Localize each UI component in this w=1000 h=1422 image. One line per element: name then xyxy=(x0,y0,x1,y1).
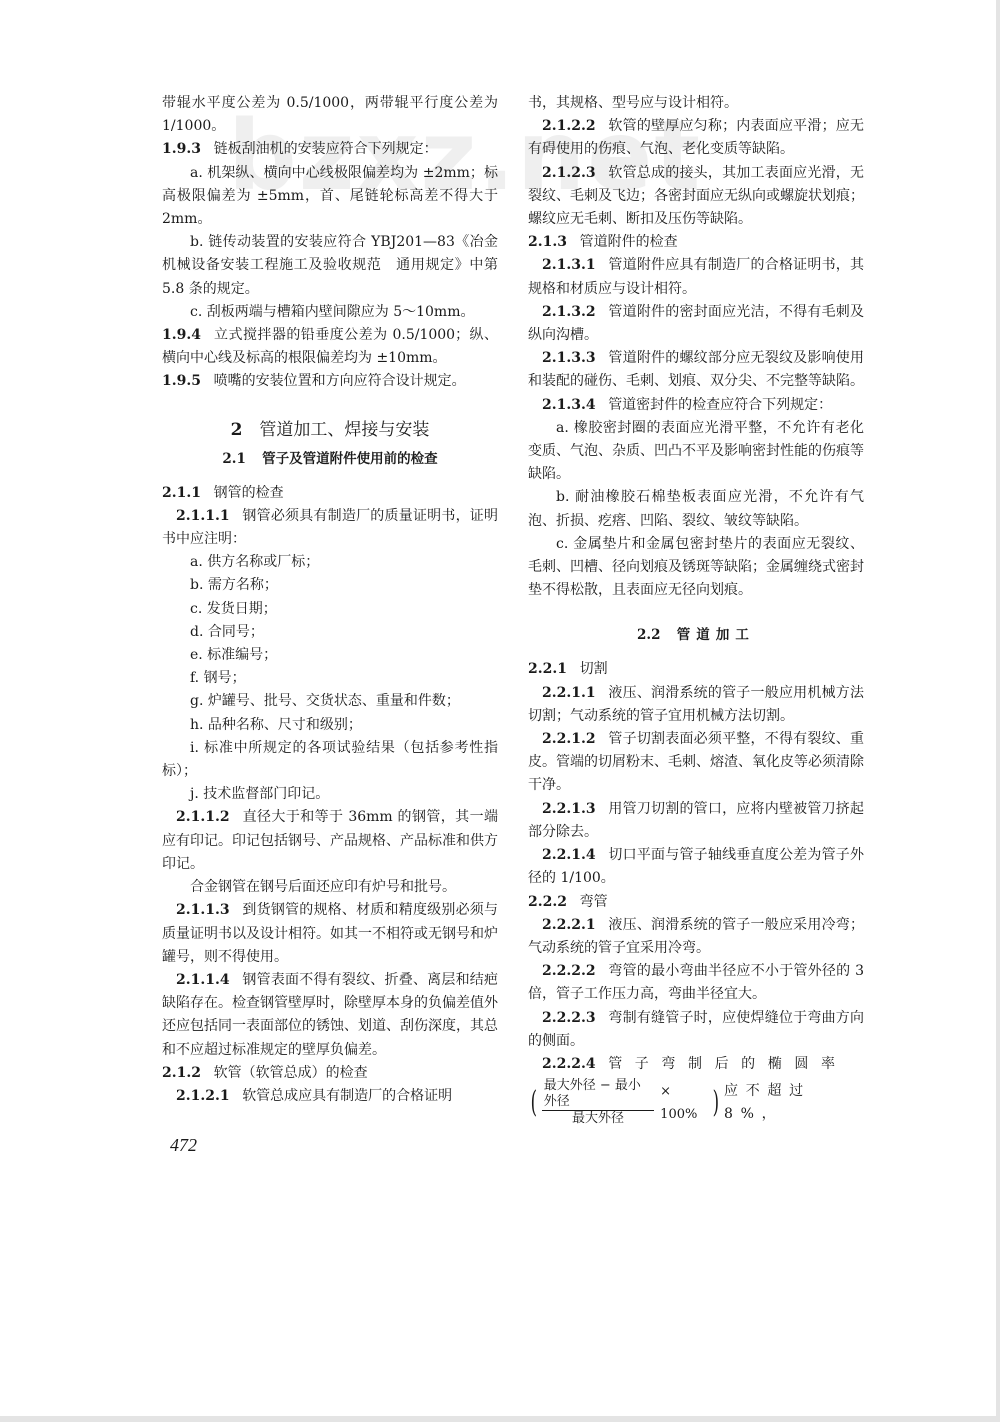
formula-open-paren: ( xyxy=(531,1088,537,1118)
clause-text: 弯管 xyxy=(580,894,608,910)
clause-text: 软管总成应具有制造厂的合格证明 xyxy=(242,1088,452,1104)
clause-1-9-4: 1.9.4立式搅拌器的铅垂度公差为 0.5/1000；纵、横向中心线及标高的根限… xyxy=(162,324,498,370)
clause-number: 2.2.2.2 xyxy=(542,963,596,979)
clause-2-1-2-3: 2.1.2.3软管总成的接头，其加工表面应光滑，无裂纹、毛刺及飞边；各密封面应无… xyxy=(528,162,864,232)
clause-number: 2.2.2.3 xyxy=(542,1010,596,1026)
clause-number: 2.1.3.1 xyxy=(542,257,596,273)
section-title: 管子及管道附件使用前的检查 xyxy=(262,451,438,467)
clause-2-2-2-3: 2.2.2.3弯制有缝管子时，应使焊缝位于弯曲方向的侧面。 xyxy=(528,1007,864,1053)
page-number: 472 xyxy=(170,1135,197,1156)
formula-denominator: 最大外径 xyxy=(570,1111,626,1127)
clause-number: 2.1.1 xyxy=(162,485,201,501)
list-item-a: a. 供方名称或厂标； xyxy=(162,551,498,574)
list-item-c: c. 发货日期； xyxy=(162,598,498,621)
paragraph-continued: 带辊水平度公差为 0.5/1000，两带辊平行度公差为 1/1000。 xyxy=(162,92,498,138)
clause-number: 2.2.2.4 xyxy=(542,1056,596,1072)
section-heading-2-1: 2.1管子及管道附件使用前的检查 xyxy=(162,448,498,470)
list-item-j: j. 技术监督部门印记。 xyxy=(162,783,498,806)
section-heading-2-2: 2.2管道加工 xyxy=(528,624,864,646)
formula-numerator: 最大外径 − 最小外径 xyxy=(542,1078,654,1111)
clause-number: 2.2.1.2 xyxy=(542,731,596,747)
clause-text: 管子弯制后的椭圆率 xyxy=(608,1056,847,1072)
clause-2-1-2-2: 2.1.2.2软管的壁厚应匀称；内表面应平滑；应无有碍使用的伤痕、气泡、老化变质… xyxy=(528,115,864,161)
list-item-b: b. 需方名称； xyxy=(162,574,498,597)
clause-number: 2.1.3 xyxy=(528,234,567,250)
clause-1-9-3-a: a. 机架纵、横向中心线极限偏差均为 ±2mm；标高极限偏差为 ±5mm，首、尾… xyxy=(162,162,498,232)
list-item-g: g. 炉罐号、批号、交货状态、重量和件数； xyxy=(162,690,498,713)
clause-number: 2.1.1.1 xyxy=(176,508,230,524)
clause-number: 2.1.3.3 xyxy=(542,350,596,366)
clause-text: 软管（软管总成）的检查 xyxy=(214,1065,368,1081)
clause-number: 2.1.1.3 xyxy=(176,902,230,918)
page-edge-right xyxy=(996,0,1000,1422)
clause-text: 立式搅拌器的铅垂度公差为 0.5/1000；纵、横向中心线及标高的根限偏差均为 … xyxy=(162,327,498,366)
clause-text: 管道密封件的检查应符合下列规定： xyxy=(608,397,832,413)
clause-number: 2.2.2 xyxy=(528,894,567,910)
clause-2-2-1-4: 2.2.1.4切口平面与管子轴线垂直度公差为管子外径的 1/100。 xyxy=(528,844,864,890)
clause-2-1-2-1: 2.1.2.1软管总成应具有制造厂的合格证明 xyxy=(162,1085,498,1108)
clause-number: 2.2.1.3 xyxy=(542,801,596,817)
section-number: 2.2 xyxy=(637,627,661,643)
formula-multiplier: × 100% xyxy=(660,1080,706,1126)
list-item-i: i. 标准中所规定的各项试验结果（包括参考性指标）； xyxy=(162,737,498,783)
section-number: 2.1 xyxy=(222,451,246,467)
clause-2-2-2-1: 2.2.2.1液压、润滑系统的管子一般应采用冷弯；气动系统的管子宜采用冷弯。 xyxy=(528,914,864,960)
formula-close-paren: ) xyxy=(713,1088,719,1118)
clause-text: 链板刮油机的安装应符合下列规定： xyxy=(214,141,438,157)
clause-2-1-3: 2.1.3管道附件的检查 xyxy=(528,231,864,254)
clause-number: 1.9.4 xyxy=(162,327,201,343)
list-item-e: e. 标准编号； xyxy=(162,644,498,667)
chapter-heading: 2管道加工、焊接与安装 xyxy=(162,418,498,442)
clause-number: 2.1.1.4 xyxy=(176,972,230,988)
clause-2-1-1: 2.1.1钢管的检查 xyxy=(162,482,498,505)
clause-number: 2.1.2.2 xyxy=(542,118,596,134)
clause-text: 管道附件的检查 xyxy=(580,234,678,250)
clause-2-1-3-4-b: b. 耐油橡胶石棉垫板表面应光滑，不允许有气泡、折损、疙瘩、凹陷、裂纹、皱纹等缺… xyxy=(528,486,864,532)
clause-2-1-1-1: 2.1.1.1钢管必须具有制造厂的质量证明书，证明书中应注明： xyxy=(162,505,498,551)
clause-2-1-1-4: 2.1.1.4钢管表面不得有裂纹、折叠、离层和结疤缺陷存在。检查钢管壁厚时，除壁… xyxy=(162,969,498,1062)
clause-2-2-1-2: 2.2.1.2管子切割表面必须平整，不得有裂纹、重皮。管端的切屑粉末、毛刺、熔渣… xyxy=(528,728,864,798)
clause-2-2-2-4: 2.2.2.4管子弯制后的椭圆率 xyxy=(528,1053,864,1076)
clause-number: 2.1.1.2 xyxy=(176,809,230,825)
clause-2-2-2: 2.2.2弯管 xyxy=(528,891,864,914)
chapter-number: 2 xyxy=(231,420,243,440)
clause-1-9-3-b: b. 链传动装置的安装应符合 YBJ201—83《冶金机械设备安装工程施工及验收… xyxy=(162,231,498,301)
clause-number: 2.1.2 xyxy=(162,1065,201,1081)
clause-1-9-3: 1.9.3链板刮油机的安装应符合下列规定： xyxy=(162,138,498,161)
clause-number: 2.1.2.3 xyxy=(542,165,596,181)
clause-number: 2.2.1.4 xyxy=(542,847,596,863)
formula-tail-text: 应不超过 8%， xyxy=(724,1080,864,1126)
ovality-formula: ( 最大外径 − 最小外径 最大外径 × 100% ) 应不超过 8%， xyxy=(528,1078,864,1127)
paragraph-continued: 书，其规格、型号应与设计相符。 xyxy=(528,92,864,115)
clause-2-1-3-4: 2.1.3.4管道密封件的检查应符合下列规定： xyxy=(528,394,864,417)
clause-1-9-5: 1.9.5喷嘴的安装位置和方向应符合设计规定。 xyxy=(162,370,498,393)
clause-number: 1.9.5 xyxy=(162,373,201,389)
clause-2-2-1: 2.2.1切割 xyxy=(528,658,864,681)
clause-2-1-1-2-note: 合金钢管在钢号后面还应印有炉号和批号。 xyxy=(162,876,498,899)
list-item-f: f. 钢号； xyxy=(162,667,498,690)
right-column: 书，其规格、型号应与设计相符。 2.1.2.2软管的壁厚应匀称；内表面应平滑；应… xyxy=(528,92,864,1127)
clause-number: 2.2.1.1 xyxy=(542,685,596,701)
clause-2-1-1-3: 2.1.1.3到货钢管的规格、材质和精度级别必须与质量证明书以及设计相符。如其一… xyxy=(162,899,498,969)
clause-number: 2.1.3.4 xyxy=(542,397,596,413)
clause-2-1-3-2: 2.1.3.2管道附件的密封面应光洁，不得有毛刺及纵向沟槽。 xyxy=(528,301,864,347)
formula-fraction: 最大外径 − 最小外径 最大外径 xyxy=(542,1078,654,1127)
clause-number: 2.1.3.2 xyxy=(542,304,596,320)
clause-number: 2.2.1 xyxy=(528,661,567,677)
clause-text: 切割 xyxy=(580,661,608,677)
clause-2-2-1-1: 2.2.1.1液压、润滑系统的管子一般应用机械方法切割；气动系统的管子宜用机械方… xyxy=(528,682,864,728)
clause-2-1-3-4-a: a. 橡胶密封圈的表面应光滑平整，不允许有老化变质、气泡、杂质、凹凸不平及影响密… xyxy=(528,417,864,487)
clause-2-1-1-2: 2.1.1.2直径大于和等于 36mm 的钢管，其一端应有印记。印记包括钢号、产… xyxy=(162,806,498,876)
clause-2-1-3-4-c: c. 金属垫片和金属包密封垫片的表面应无裂纹、毛刺、凹槽、径向划痕及锈斑等缺陷；… xyxy=(528,533,864,603)
clause-number: 2.2.2.1 xyxy=(542,917,596,933)
clause-text: 钢管的检查 xyxy=(214,485,284,501)
clause-2-2-2-2: 2.2.2.2弯管的最小弯曲半径应不小于管外径的 3 倍，管子工作压力高，弯曲半… xyxy=(528,960,864,1006)
clause-number: 1.9.3 xyxy=(162,141,201,157)
chapter-title: 管道加工、焊接与安装 xyxy=(259,420,429,440)
left-column: 带辊水平度公差为 0.5/1000，两带辊平行度公差为 1/1000。 1.9.… xyxy=(162,92,498,1108)
page-edge-bottom xyxy=(0,1416,1000,1422)
list-item-h: h. 品种名称、尺寸和级别； xyxy=(162,714,498,737)
list-item-d: d. 合同号； xyxy=(162,621,498,644)
clause-number: 2.1.2.1 xyxy=(176,1088,230,1104)
section-title: 管道加工 xyxy=(677,627,755,643)
clause-2-1-3-1: 2.1.3.1管道附件应具有制造厂的合格证明书，其规格和材质应与设计相符。 xyxy=(528,254,864,300)
clause-1-9-3-c: c. 刮板两端与槽箱内壁间隙应为 5～10mm。 xyxy=(162,301,498,324)
clause-2-1-3-3: 2.1.3.3管道附件的螺纹部分应无裂纹及影响使用和装配的碰伤、毛刺、划痕、双分… xyxy=(528,347,864,393)
clause-2-1-2: 2.1.2软管（软管总成）的检查 xyxy=(162,1062,498,1085)
clause-text: 喷嘴的安装位置和方向应符合设计规定。 xyxy=(214,373,466,389)
clause-2-2-1-3: 2.2.1.3用管刀切割的管口，应将内壁被管刀挤起部分除去。 xyxy=(528,798,864,844)
